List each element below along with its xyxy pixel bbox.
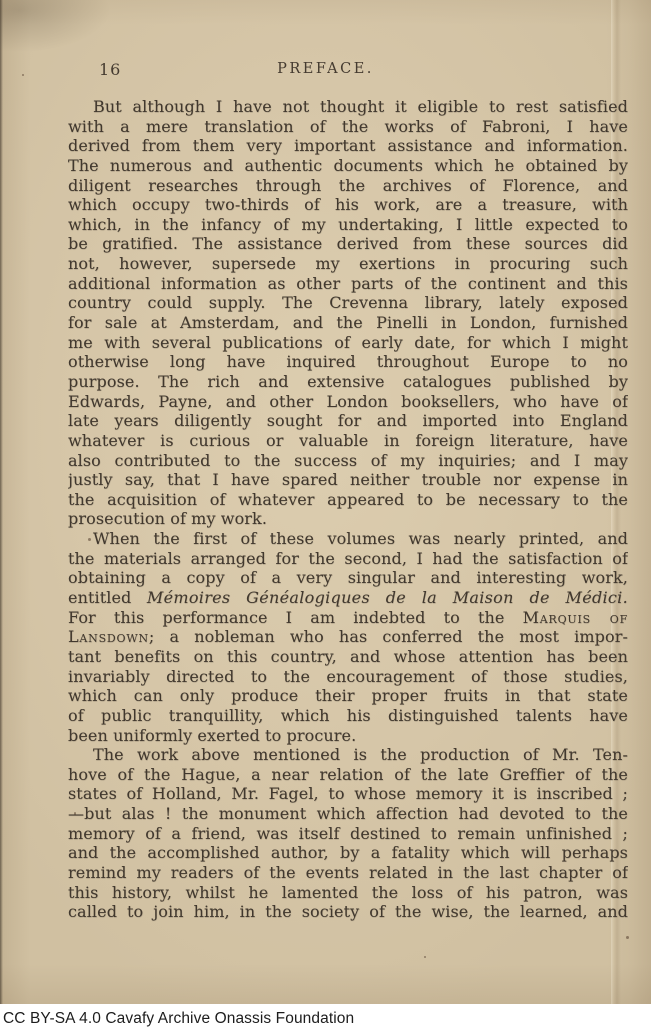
text-line: The numerous and authentic documents whi… (68, 156, 628, 176)
text-line: late years diligently sought for and imp… (68, 411, 628, 431)
text-line: which can only produce their proper frui… (68, 686, 628, 706)
text-line: Edwards, Payne, and other London booksel… (68, 392, 628, 412)
text-line: —but alas ! the monument which affection… (68, 804, 628, 824)
text-line: tant benefits on this country, and whose… (68, 647, 628, 667)
text-line: me with several publications of early da… (68, 333, 628, 353)
page-header: 16 PREFACE. (0, 58, 651, 80)
text-line: derived from them very important assista… (68, 136, 628, 156)
text-line: country could supply. The Crevenna libra… (68, 293, 628, 313)
text-line: be gratified. The assistance derived fro… (68, 234, 628, 254)
text-line: obtaining a copy of a very singular and … (68, 568, 628, 588)
text-line: entitled Mémoires Généalogiques de la Ma… (68, 588, 628, 608)
text-line: invariably directed to the encouragement… (68, 667, 628, 687)
text-line: and the accomplished author, by a fatali… (68, 843, 628, 863)
license-attribution-text: CC BY-SA 4.0 Cavafy Archive Onassis Foun… (0, 1010, 354, 1028)
text-line: which occupy two-thirds of his work, are… (68, 195, 628, 215)
text-line: The work above mentioned is the producti… (68, 745, 628, 765)
text-line: additional information as other parts of… (68, 274, 628, 294)
text-line: of public tranquillity, which his distin… (68, 706, 628, 726)
text-line: the acquisition of whatever appeared to … (68, 490, 628, 510)
text-line: for sale at Amsterdam, and the Pinelli i… (68, 313, 628, 333)
text-line: states of Holland, Mr. Fagel, to whose m… (68, 784, 628, 804)
text-line: not, however, supersede my exertions in … (68, 254, 628, 274)
page-left-edge-shadow (0, 0, 3, 1004)
text-line: which, in the infancy of my undertaking,… (68, 215, 628, 235)
text-line: the materials arranged for the second, I… (68, 549, 628, 569)
text-line: prosecution of my work. (68, 509, 628, 529)
text-line: whatever is curious or valuable in forei… (68, 431, 628, 451)
book-page: 16 PREFACE. But although I have not thou… (0, 0, 651, 1004)
text-line: memory of a friend, was itself destined … (68, 824, 628, 844)
text-line: diligent researches through the archives… (68, 176, 628, 196)
text-line: Lansdown; a nobleman who has conferred t… (68, 627, 628, 647)
text-line: purpose. The rich and extensive catalogu… (68, 372, 628, 392)
text-line: otherwise long have inquired throughout … (68, 352, 628, 372)
text-line: hove of the Hague, a near relation of th… (68, 765, 628, 785)
text-line: justly say, that I have spared neither t… (68, 470, 628, 490)
page-body-text: But although I have not thought it eligi… (68, 97, 628, 922)
text-line: But although I have not thought it eligi… (68, 97, 628, 117)
text-line: with a mere translation of the works of … (68, 117, 628, 137)
text-line: remind my readers of the events related … (68, 863, 628, 883)
text-line: When the first of these volumes was near… (68, 529, 628, 549)
paper-speck (424, 956, 426, 958)
paper-speck (626, 936, 629, 939)
text-line: called to join him, in the society of th… (68, 902, 628, 922)
text-line: been uniformly exerted to procure. (68, 726, 628, 746)
text-line: also contributed to the success of my in… (68, 451, 628, 471)
text-line: For this performance I am indebted to th… (68, 608, 628, 628)
attribution-bar: CC BY-SA 4.0 Cavafy Archive Onassis Foun… (0, 1004, 651, 1034)
running-header-title: PREFACE. (0, 61, 651, 77)
text-line: this history, whilst he lamented the los… (68, 883, 628, 903)
scanned-book-page-view: 16 PREFACE. But although I have not thou… (0, 0, 651, 1034)
